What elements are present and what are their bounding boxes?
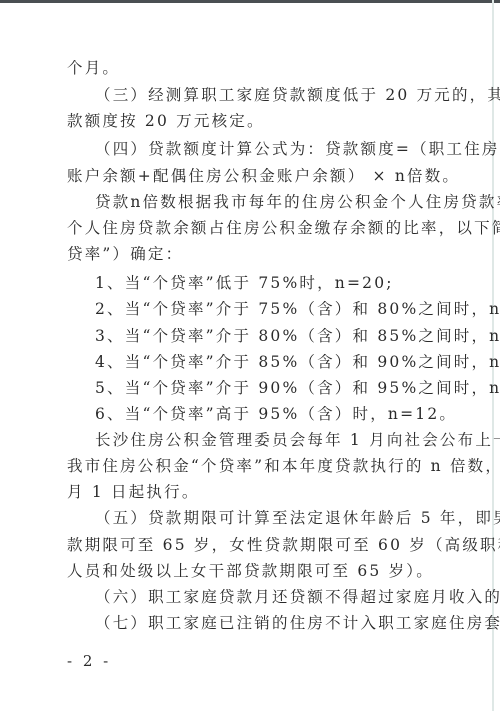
text-line: （七）职工家庭已注销的住房不计入职工家庭住房套数。: [95, 613, 500, 633]
text-line: 6、当“个贷率”高于 95%（含）时，n=12。: [95, 404, 457, 424]
text-line: 账户余额+配偶住房公积金账户余额） × n倍数。: [67, 166, 460, 186]
text-line: 1、当“个贷率”低于 75%时，n=20;: [95, 273, 394, 293]
text-line: 贷款n倍数根据我市每年的住房公积金个人住房贷款率（指: [95, 192, 500, 212]
text-line: 4、当“个贷率”介于 85%（含）和 90%之间时，n=14;: [95, 352, 500, 372]
text-line: （三）经测算职工家庭贷款额度低于 20 万元的，其最高贷: [95, 85, 500, 105]
text-line: 长沙住房公积金管理委员会每年 1 月向社会公布上一年度: [95, 430, 500, 450]
text-line: 5、当“个贷率”介于 90%（含）和 95%之间时，n=13;: [95, 378, 500, 398]
text-line: 3、当“个贷率”介于 80%（含）和 85%之间时，n=15;: [95, 326, 500, 346]
text-line: 个月。: [67, 58, 120, 78]
text-line: 2、当“个贷率”介于 75%（含）和 80%之间时，n=16;: [95, 299, 500, 319]
text-line: 贷率”）确定：: [67, 244, 183, 264]
text-line: （六）职工家庭贷款月还贷额不得超过家庭月收入的 50%。: [95, 587, 500, 607]
text-line: 月 1 日起执行。: [67, 482, 200, 502]
text-line: 人员和处级以上女干部贷款期限可至 65 岁）。: [67, 561, 434, 581]
text-line: 款期限可至 65 岁，女性贷款期限可至 60 岁（高级职称女技术: [67, 535, 500, 555]
text-line: （五）贷款期限可计算至法定退休年龄后 5 年，即男性贷: [95, 508, 500, 528]
document-page: 个月。（三）经测算职工家庭贷款额度低于 20 万元的，其最高贷款额度按 20 万…: [0, 0, 500, 711]
page-number: - 2 -: [67, 652, 111, 670]
text-line: 我市住房公积金“个贷率”和本年度贷款执行的 n 倍数，于 2: [67, 456, 500, 476]
text-line: 款额度按 20 万元核定。: [67, 111, 265, 131]
text-line: （四）贷款额度计算公式为：贷款额度=（职工住房公积金: [95, 139, 500, 159]
text-line: 个人住房贷款余额占住房公积金缴存余额的比率，以下简称“个: [67, 218, 500, 238]
